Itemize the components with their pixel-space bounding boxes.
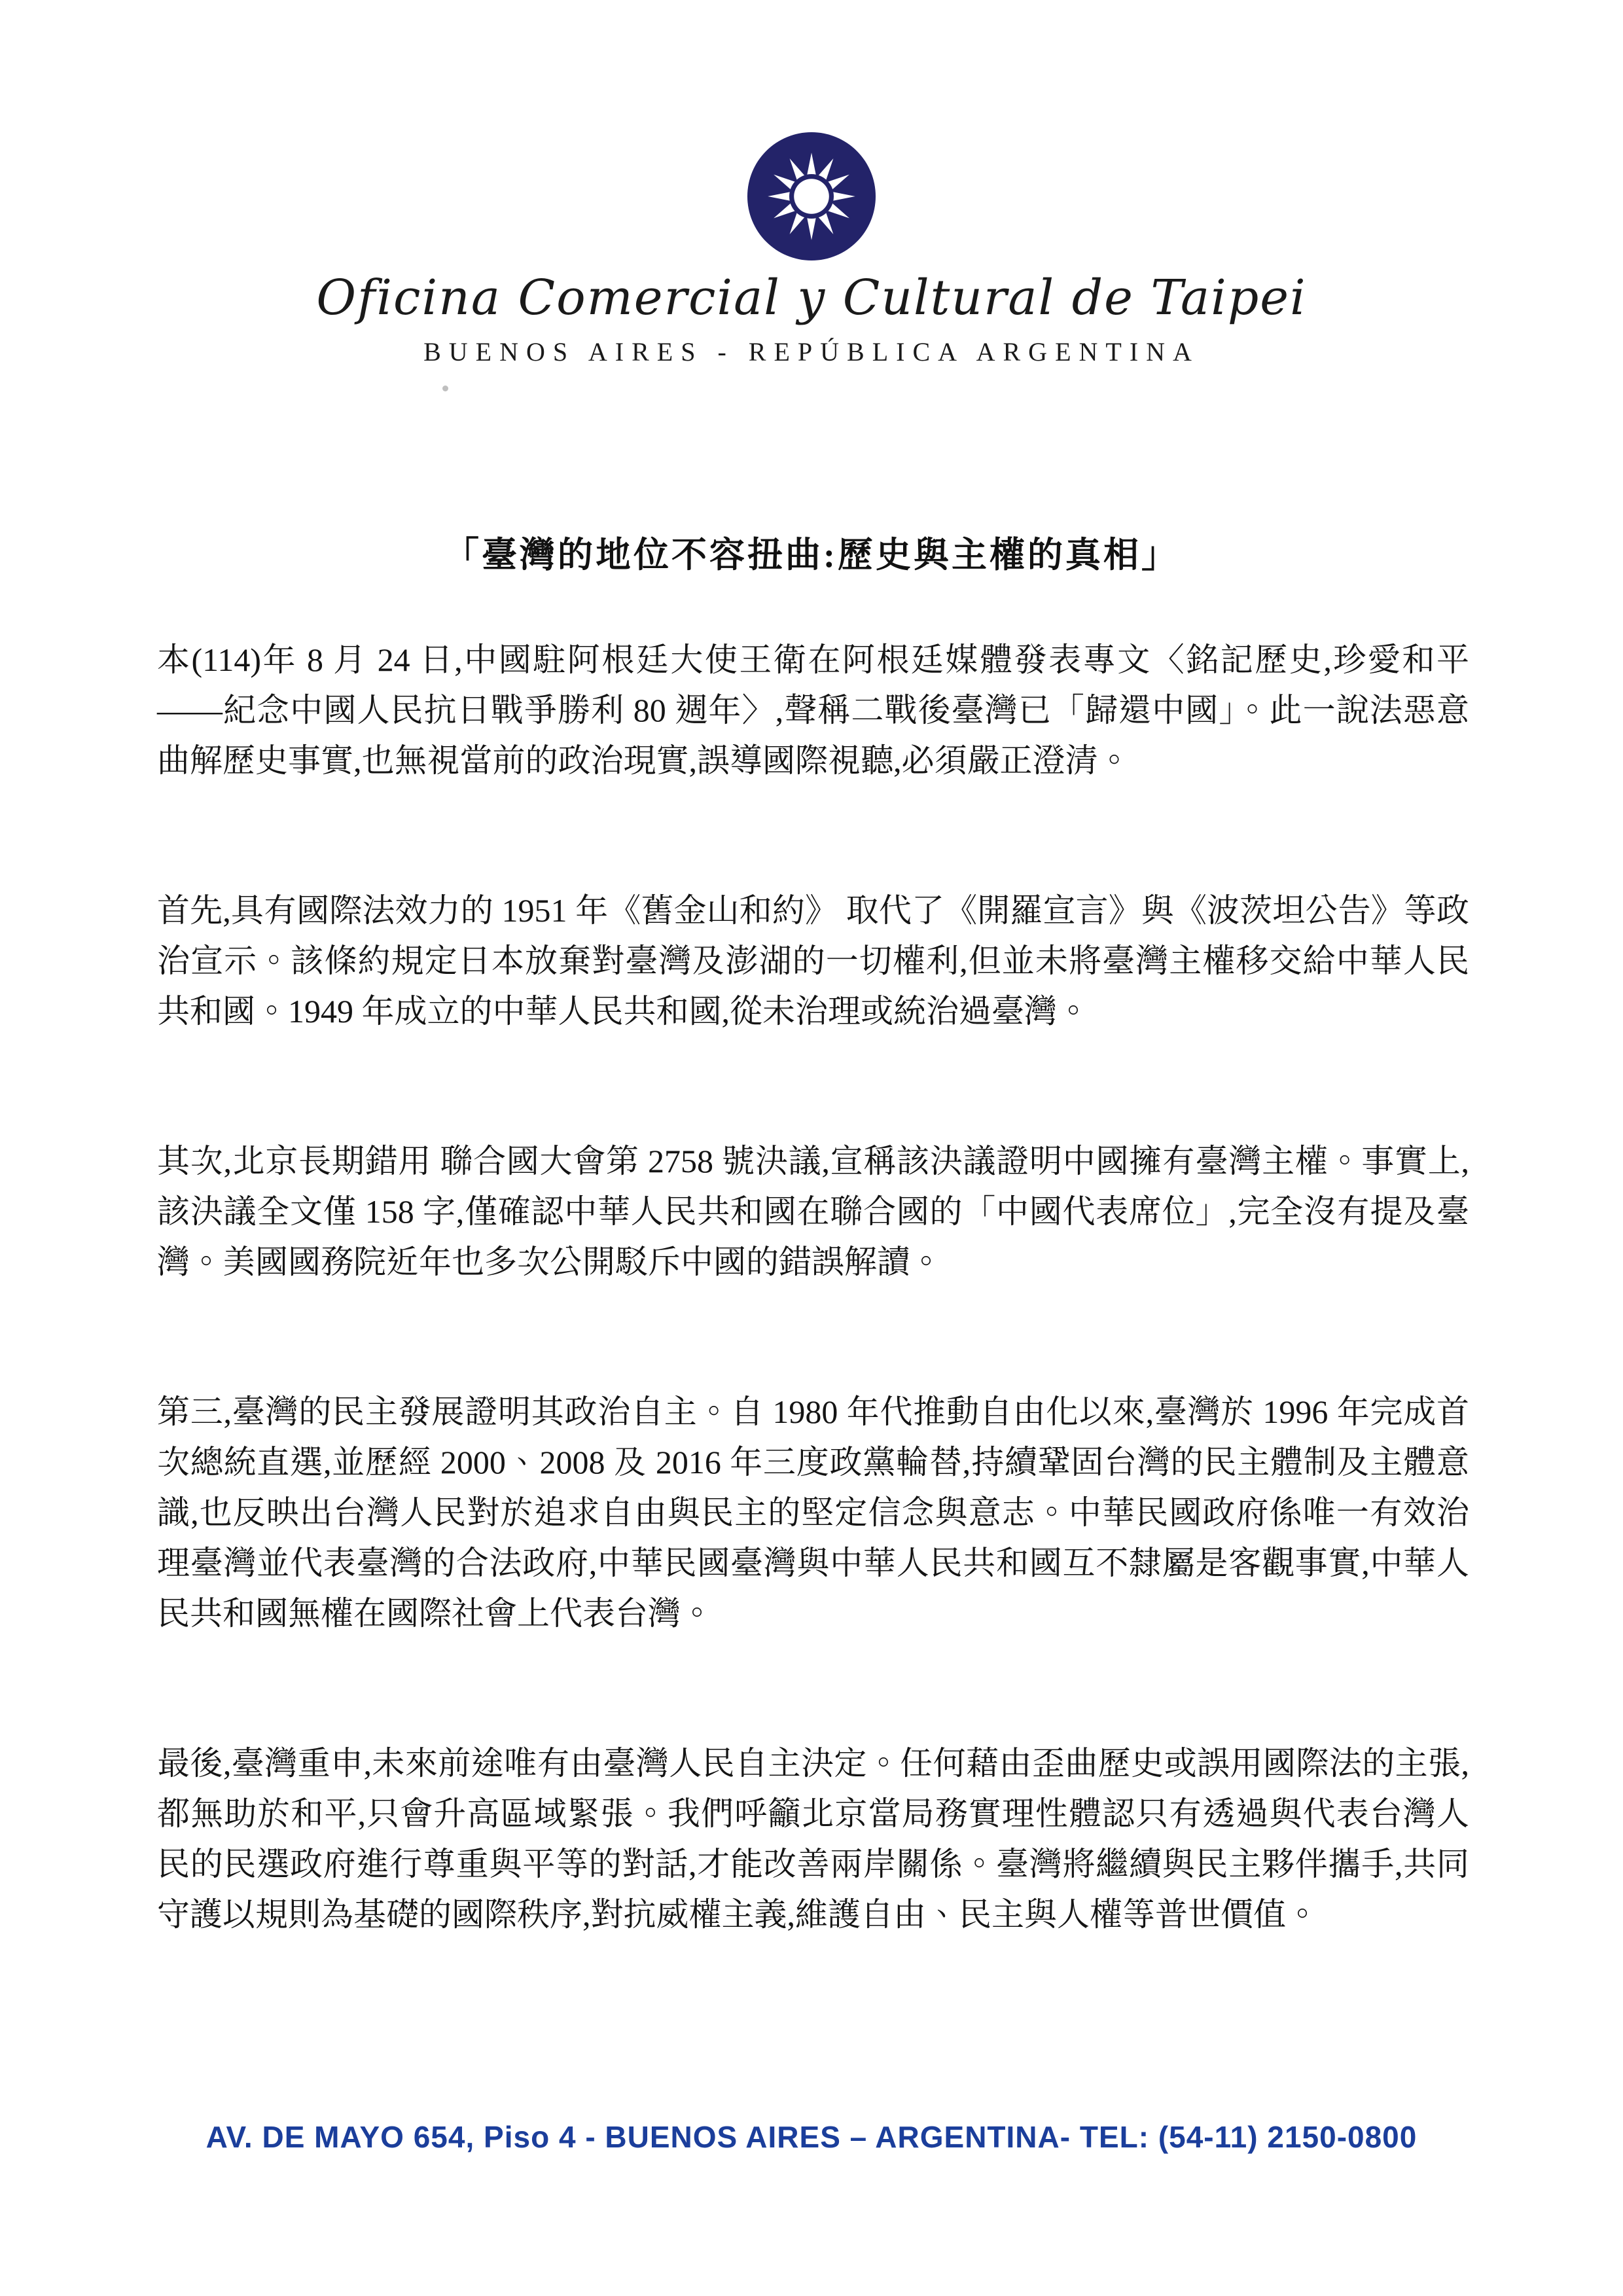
paragraph-closing: 最後,臺灣重申,未來前途唯有由臺灣人民自主決定。任何藉由歪曲歷史或誤用國際法的主… [157, 1738, 1469, 1940]
roc-blue-sky-white-sun-emblem [744, 131, 879, 262]
office-name: Oficina Comercial y Cultural de Taipei [0, 270, 1623, 326]
document-content: 本(114)年 8 月 24 日,中國駐阿根廷大使王衛在阿根廷媒體發表專文〈銘記… [0, 635, 1623, 1940]
scan-artifact-dot [442, 386, 448, 391]
document-page: Oficina Comercial y Cultural de Taipei B… [0, 0, 1623, 2296]
paragraph-third-point: 第三,臺灣的民主發展證明其政治自主。自 1980 年代推動自由化以來,臺灣於 1… [157, 1387, 1469, 1639]
document-title: 「臺灣的地位不容扭曲:歷史與主權的真相」 [0, 527, 1623, 577]
paragraph-intro: 本(114)年 8 月 24 日,中國駐阿根廷大使王衛在阿根廷媒體發表專文〈銘記… [157, 635, 1469, 786]
paragraph-second-point: 其次,北京長期錯用 聯合國大會第 2758 號決議,宣稱該決議證明中國擁有臺灣主… [157, 1136, 1469, 1287]
letterhead: Oficina Comercial y Cultural de Taipei B… [0, 0, 1623, 367]
office-location: BUENOS AIRES - REPÚBLICA ARGENTINA [0, 336, 1623, 367]
paragraph-first-point: 首先,具有國際法效力的 1951 年《舊金山和約》 取代了《開羅宣言》與《波茨坦… [157, 886, 1469, 1037]
footer-address: AV. DE MAYO 654, Piso 4 - BUENOS AIRES –… [0, 2119, 1623, 2155]
document-body: 「臺灣的地位不容扭曲:歷史與主權的真相」 本(114)年 8 月 24 日,中國… [0, 527, 1623, 1940]
